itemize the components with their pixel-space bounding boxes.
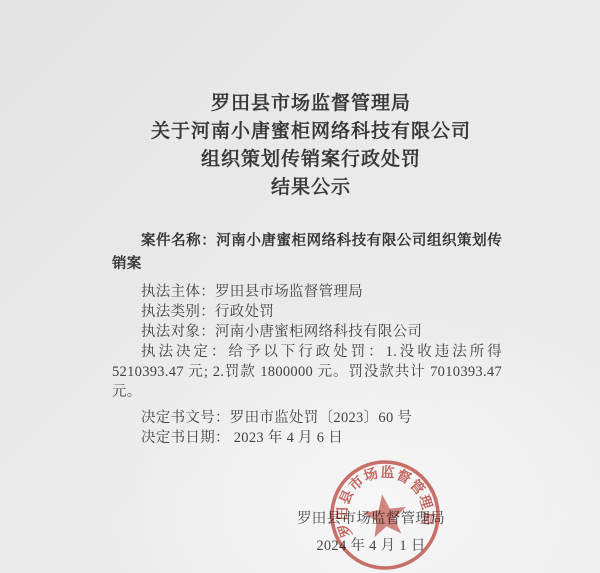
paragraph: 执法对象：河南小唐蜜柜网络科技有限公司 bbox=[112, 322, 502, 342]
paragraph: 决定书文号：罗田市监处罚〔2023〕60 号 bbox=[112, 408, 502, 428]
seal-star-icon bbox=[360, 491, 409, 538]
document-body: 案件名称：河南小唐蜜柜网络科技有限公司组织策划传销案执法主体：罗田县市场监督管理… bbox=[112, 230, 502, 448]
title-line: 组织策划传销案行政处罚 bbox=[22, 146, 600, 174]
document-page: 罗田县市场监督管理局 关于河南小唐蜜柜网络科技有限公司 组织策划传销案行政处罚 … bbox=[0, 0, 600, 573]
title-line: 关于河南小唐蜜柜网络科技有限公司 bbox=[22, 118, 600, 146]
title-line: 结果公示 bbox=[22, 174, 600, 202]
paragraph: 案件名称：河南小唐蜜柜网络科技有限公司组织策划传销案 bbox=[112, 230, 502, 276]
title-line: 罗田县市场监督管理局 bbox=[22, 90, 600, 118]
paragraph: 执法决定：给予以下行政处罚：1.没收违法所得 5210393.47 元; 2.罚… bbox=[112, 342, 502, 402]
paragraph: 执法主体：罗田县市场监督管理局 bbox=[112, 282, 502, 302]
paragraph: 决定书日期： 2023 年 4 月 6 日 bbox=[112, 428, 502, 448]
official-seal: 罗田县市场监督管理局 bbox=[323, 453, 447, 573]
paragraph: 执法类别：行政处罚 bbox=[112, 302, 502, 322]
document-title: 罗田县市场监督管理局 关于河南小唐蜜柜网络科技有限公司 组织策划传销案行政处罚 … bbox=[0, 90, 600, 202]
